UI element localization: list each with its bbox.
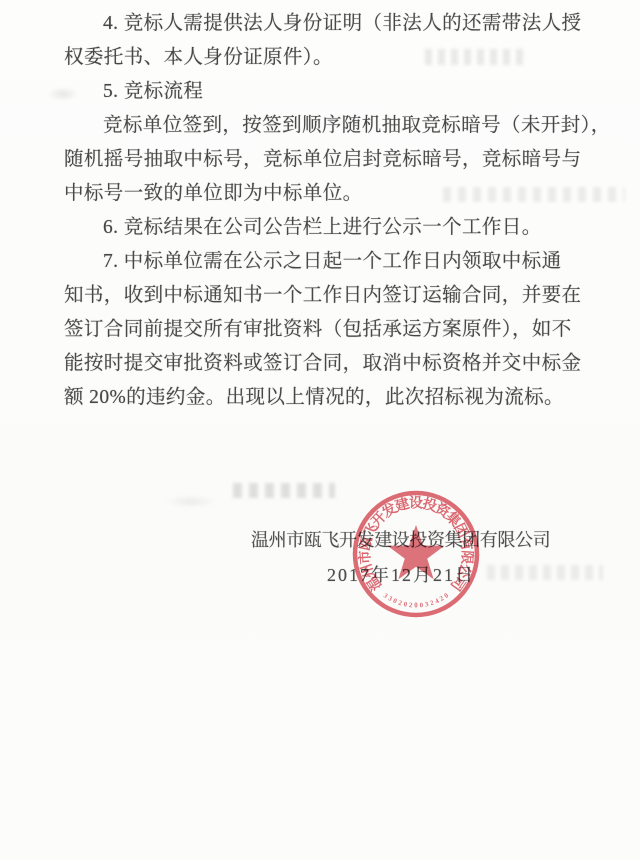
bleed-through-artifact (165, 495, 217, 508)
svg-text:0: 0 (419, 602, 424, 609)
text-line: 6. 竞标结果在公司公告栏上进行公示一个工作日。 (64, 211, 580, 245)
svg-text:2: 2 (409, 602, 414, 609)
text-line: 4. 竞标人需提供法人身份证明（非法人的还需带法人授 (64, 7, 580, 41)
svg-text:0: 0 (414, 603, 418, 610)
seal-star-icon (387, 525, 444, 579)
text-line: 中标号一致的单位即为中标单位。 (64, 177, 580, 211)
text-line: 7. 中标单位需在公示之日起一个工作日内领取中标通 (64, 245, 580, 279)
document-body-text: 4. 竞标人需提供法人身份证明（非法人的还需带法人授权委托书、本人身份证原件）。… (64, 7, 580, 415)
text-line: 5. 竞标流程 (64, 75, 580, 109)
seal-code-digits: 3302020032420 (382, 592, 450, 610)
svg-text:0: 0 (443, 592, 450, 600)
text-line: 能按时提交审批资料或签订合同，取消中标资格并交中标金 (64, 347, 580, 381)
text-line: 权委托书、本人身份证原件）。 (64, 41, 580, 75)
bleed-through-artifact (487, 565, 603, 580)
document-page: 4. 竞标人需提供法人身份证明（非法人的还需带法人授权委托书、本人身份证原件）。… (0, 0, 640, 860)
text-line: 竞标单位签到，按签到顺序随机抽取竞标暗号（未开封）， (64, 109, 580, 143)
text-line: 随机摇号抽取中标号，竞标单位启封竞标暗号，竞标暗号与 (64, 143, 580, 177)
text-line: 知书，收到中标通知书一个工作日内签订运输合同，并要在 (64, 279, 580, 313)
text-line: 额 20%的违约金。出现以上情况的，此次招标视为流标。 (64, 381, 580, 415)
text-line: 签订合同前提交所有审批资料（包括承运方案原件），如不 (64, 313, 580, 347)
svg-text:0: 0 (403, 601, 408, 609)
bleed-through-artifact (233, 483, 335, 498)
company-seal-stamp: 温州市瓯飞开发建设投资集团有限公司 3302020032420 (336, 474, 496, 634)
